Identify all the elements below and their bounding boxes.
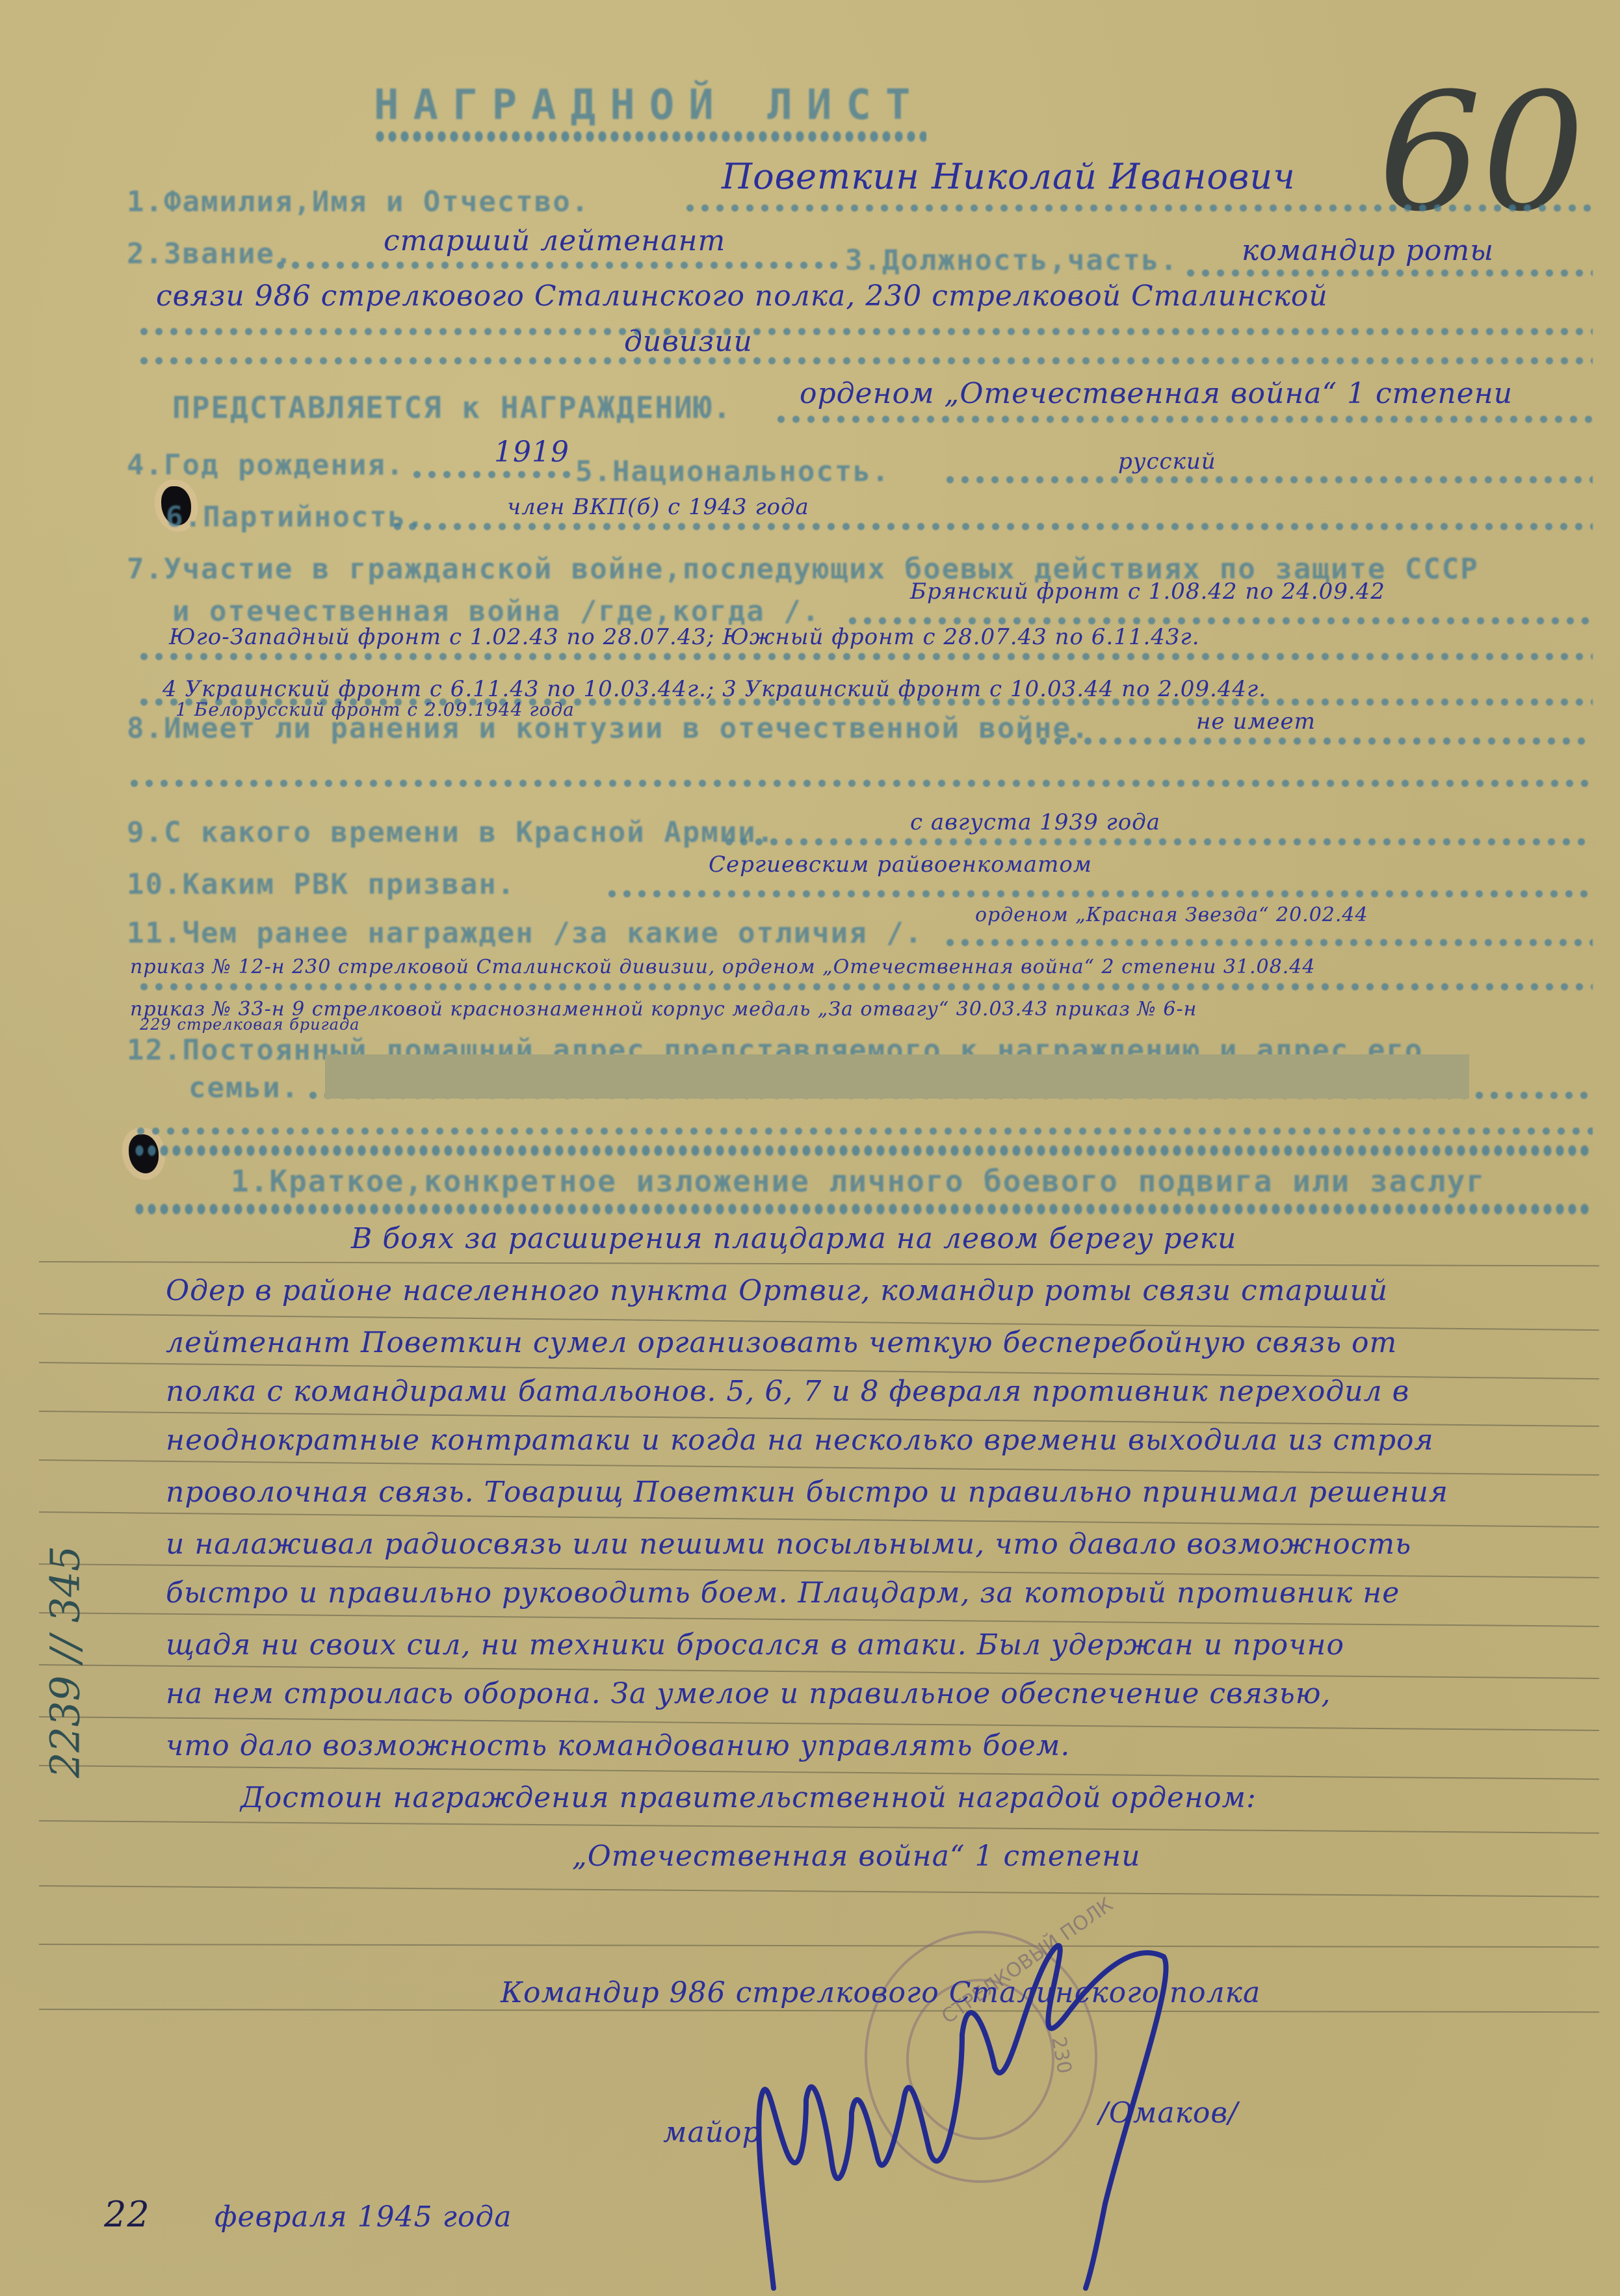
field-1-value: Поветкин Николай Иванович: [722, 156, 1296, 197]
ruled-line: [39, 1459, 1599, 1476]
field-5-value: русский: [1118, 449, 1216, 475]
ruled-line: [39, 1261, 1599, 1266]
field-3-value-line-3: дивизии: [624, 325, 753, 358]
date-day: 22: [104, 2194, 150, 2235]
narrative-line-5: неоднократные контратаки и когда на неск…: [166, 1424, 1434, 1457]
narrative-line-3: лейтенант Поветкин сумел организовать че…: [166, 1326, 1397, 1359]
dotted-line: [1183, 267, 1593, 280]
narrative-line-4: полка с командирами батальонов. 5, 6, 7 …: [166, 1375, 1409, 1408]
dotted-line: [133, 1203, 1593, 1216]
field-1-label: 1.Фамилия,Имя и Отчество.: [127, 185, 590, 218]
dotted-line: [133, 1144, 1593, 1157]
field-5-label: 5.Национальность.: [575, 455, 890, 488]
award-sheet-page: 60 2239 // 345 НАГРАДНОЙ ЛИСТ 1.Фамилия,…: [0, 0, 1620, 2296]
dotted-line: [410, 468, 572, 481]
dotted-line: [1021, 735, 1593, 748]
dotted-line: [774, 413, 1593, 426]
dotted-line: [137, 650, 1593, 663]
field-10-label: 10.Каким РВК призван.: [127, 868, 516, 901]
field-11-value-line-4: 229 стрелковая бригада: [140, 1015, 360, 1034]
narrative-line-9: щадя ни своих сил, ни техники бросался в…: [166, 1628, 1344, 1662]
narrative-heading: 1.Краткое,конкретное изложение личного б…: [231, 1164, 1485, 1199]
narrative-line-11: что дало возможность командованию управл…: [166, 1729, 1070, 1762]
dotted-line: [390, 520, 1593, 533]
field-9-label: 9.С какого времени в Красной Армии.: [127, 816, 775, 849]
field-10-value: Сергиевским райвоенкоматом: [709, 852, 1092, 878]
narrative-conclusion: Достоин награждения правительственной на…: [241, 1781, 1257, 1814]
field-2-label: 2.Звание.: [127, 237, 293, 270]
field-6-value: член ВКП(б) с 1943 года: [507, 494, 809, 520]
narrative-line-10: на нем строилась оборона. За умелое и пр…: [166, 1677, 1331, 1710]
commander-signature: [715, 1905, 1398, 2295]
narrative-award: „Отечественная война“ 1 степени: [572, 1840, 1141, 1873]
title-underline: [374, 130, 926, 143]
field-3-value: командир роты: [1242, 234, 1494, 267]
ruled-line: [39, 1612, 1599, 1627]
ruled-line: [39, 1765, 1599, 1780]
field-8-value: не имеет: [1196, 709, 1316, 735]
ruled-line: [39, 1511, 1599, 1528]
dotted-line: [943, 936, 1593, 949]
field-8-label: 8.Имеет ли ранения и контузии в отечеств…: [127, 712, 1090, 745]
field-7-value-line-2: Юго-Западный фронт с 1.02.43 по 28.07.43…: [169, 624, 1200, 650]
address-redaction: [325, 1054, 1469, 1099]
ruled-line: [39, 1885, 1599, 1898]
dotted-line: [137, 980, 1593, 993]
dotted-line: [133, 1125, 1593, 1138]
field-4-value: 1919: [494, 436, 569, 469]
field-7-value-line-1: Брянский фронт с 1.08.42 по 24.09.42: [910, 579, 1385, 605]
narrative-line-6: проволочная связь. Товарищ Поветкин быст…: [166, 1476, 1448, 1509]
field-2-value: старший лейтенант: [384, 224, 725, 257]
dotted-line: [683, 202, 1593, 215]
field-7-label-line-2: и отечественная война /где,когда /.: [172, 595, 820, 628]
dotted-line: [137, 354, 1593, 367]
nomination-value: орденом „Отечественная война“ 1 степени: [800, 377, 1513, 410]
dotted-line: [127, 777, 1593, 790]
margin-number: 2239 // 345: [42, 1500, 89, 1825]
date-month-year: февраля 1945 года: [215, 2200, 512, 2234]
field-6-label: 6.Партийность.: [166, 501, 425, 534]
narrative-line-8: быстро и правильно руководить боем. Плац…: [166, 1576, 1400, 1610]
field-12-label-line-2: семьи.: [189, 1071, 300, 1104]
dotted-line: [722, 835, 1593, 848]
field-3-value-line-2: связи 986 стрелкового Сталинского полка,…: [156, 280, 1328, 313]
dotted-line: [273, 259, 845, 272]
ruled-line: [39, 1820, 1599, 1834]
narrative-line-1: В боях за расширения плацдарма на левом …: [351, 1222, 1236, 1255]
field-9-value: с августа 1939 года: [910, 809, 1160, 835]
dotted-line: [137, 325, 1593, 338]
field-11-value-line-2: приказ № 12-н 230 стрелковой Сталинской …: [130, 956, 1315, 978]
narrative-line-2: Одер в районе населенного пункта Ортвиг,…: [166, 1274, 1388, 1307]
dotted-line: [605, 887, 1593, 900]
dotted-line: [943, 473, 1593, 486]
field-11-value-line-1: орденом „Красная Звезда“ 20.02.44: [975, 904, 1368, 926]
narrative-line-7: и налаживал радиосвязь или пешими посыль…: [166, 1528, 1411, 1561]
nomination-label: ПРЕДСТАВЛЯЕТСЯ к НАГРАЖДЕНИЮ.: [172, 390, 732, 425]
document-title: НАГРАДНОЙ ЛИСТ: [374, 81, 924, 129]
field-11-label: 11.Чем ранее награжден /за какие отличия…: [127, 917, 923, 950]
field-3-label: 3.Должность,часть.: [845, 244, 1179, 277]
field-4-label: 4.Год рождения.: [127, 449, 404, 482]
